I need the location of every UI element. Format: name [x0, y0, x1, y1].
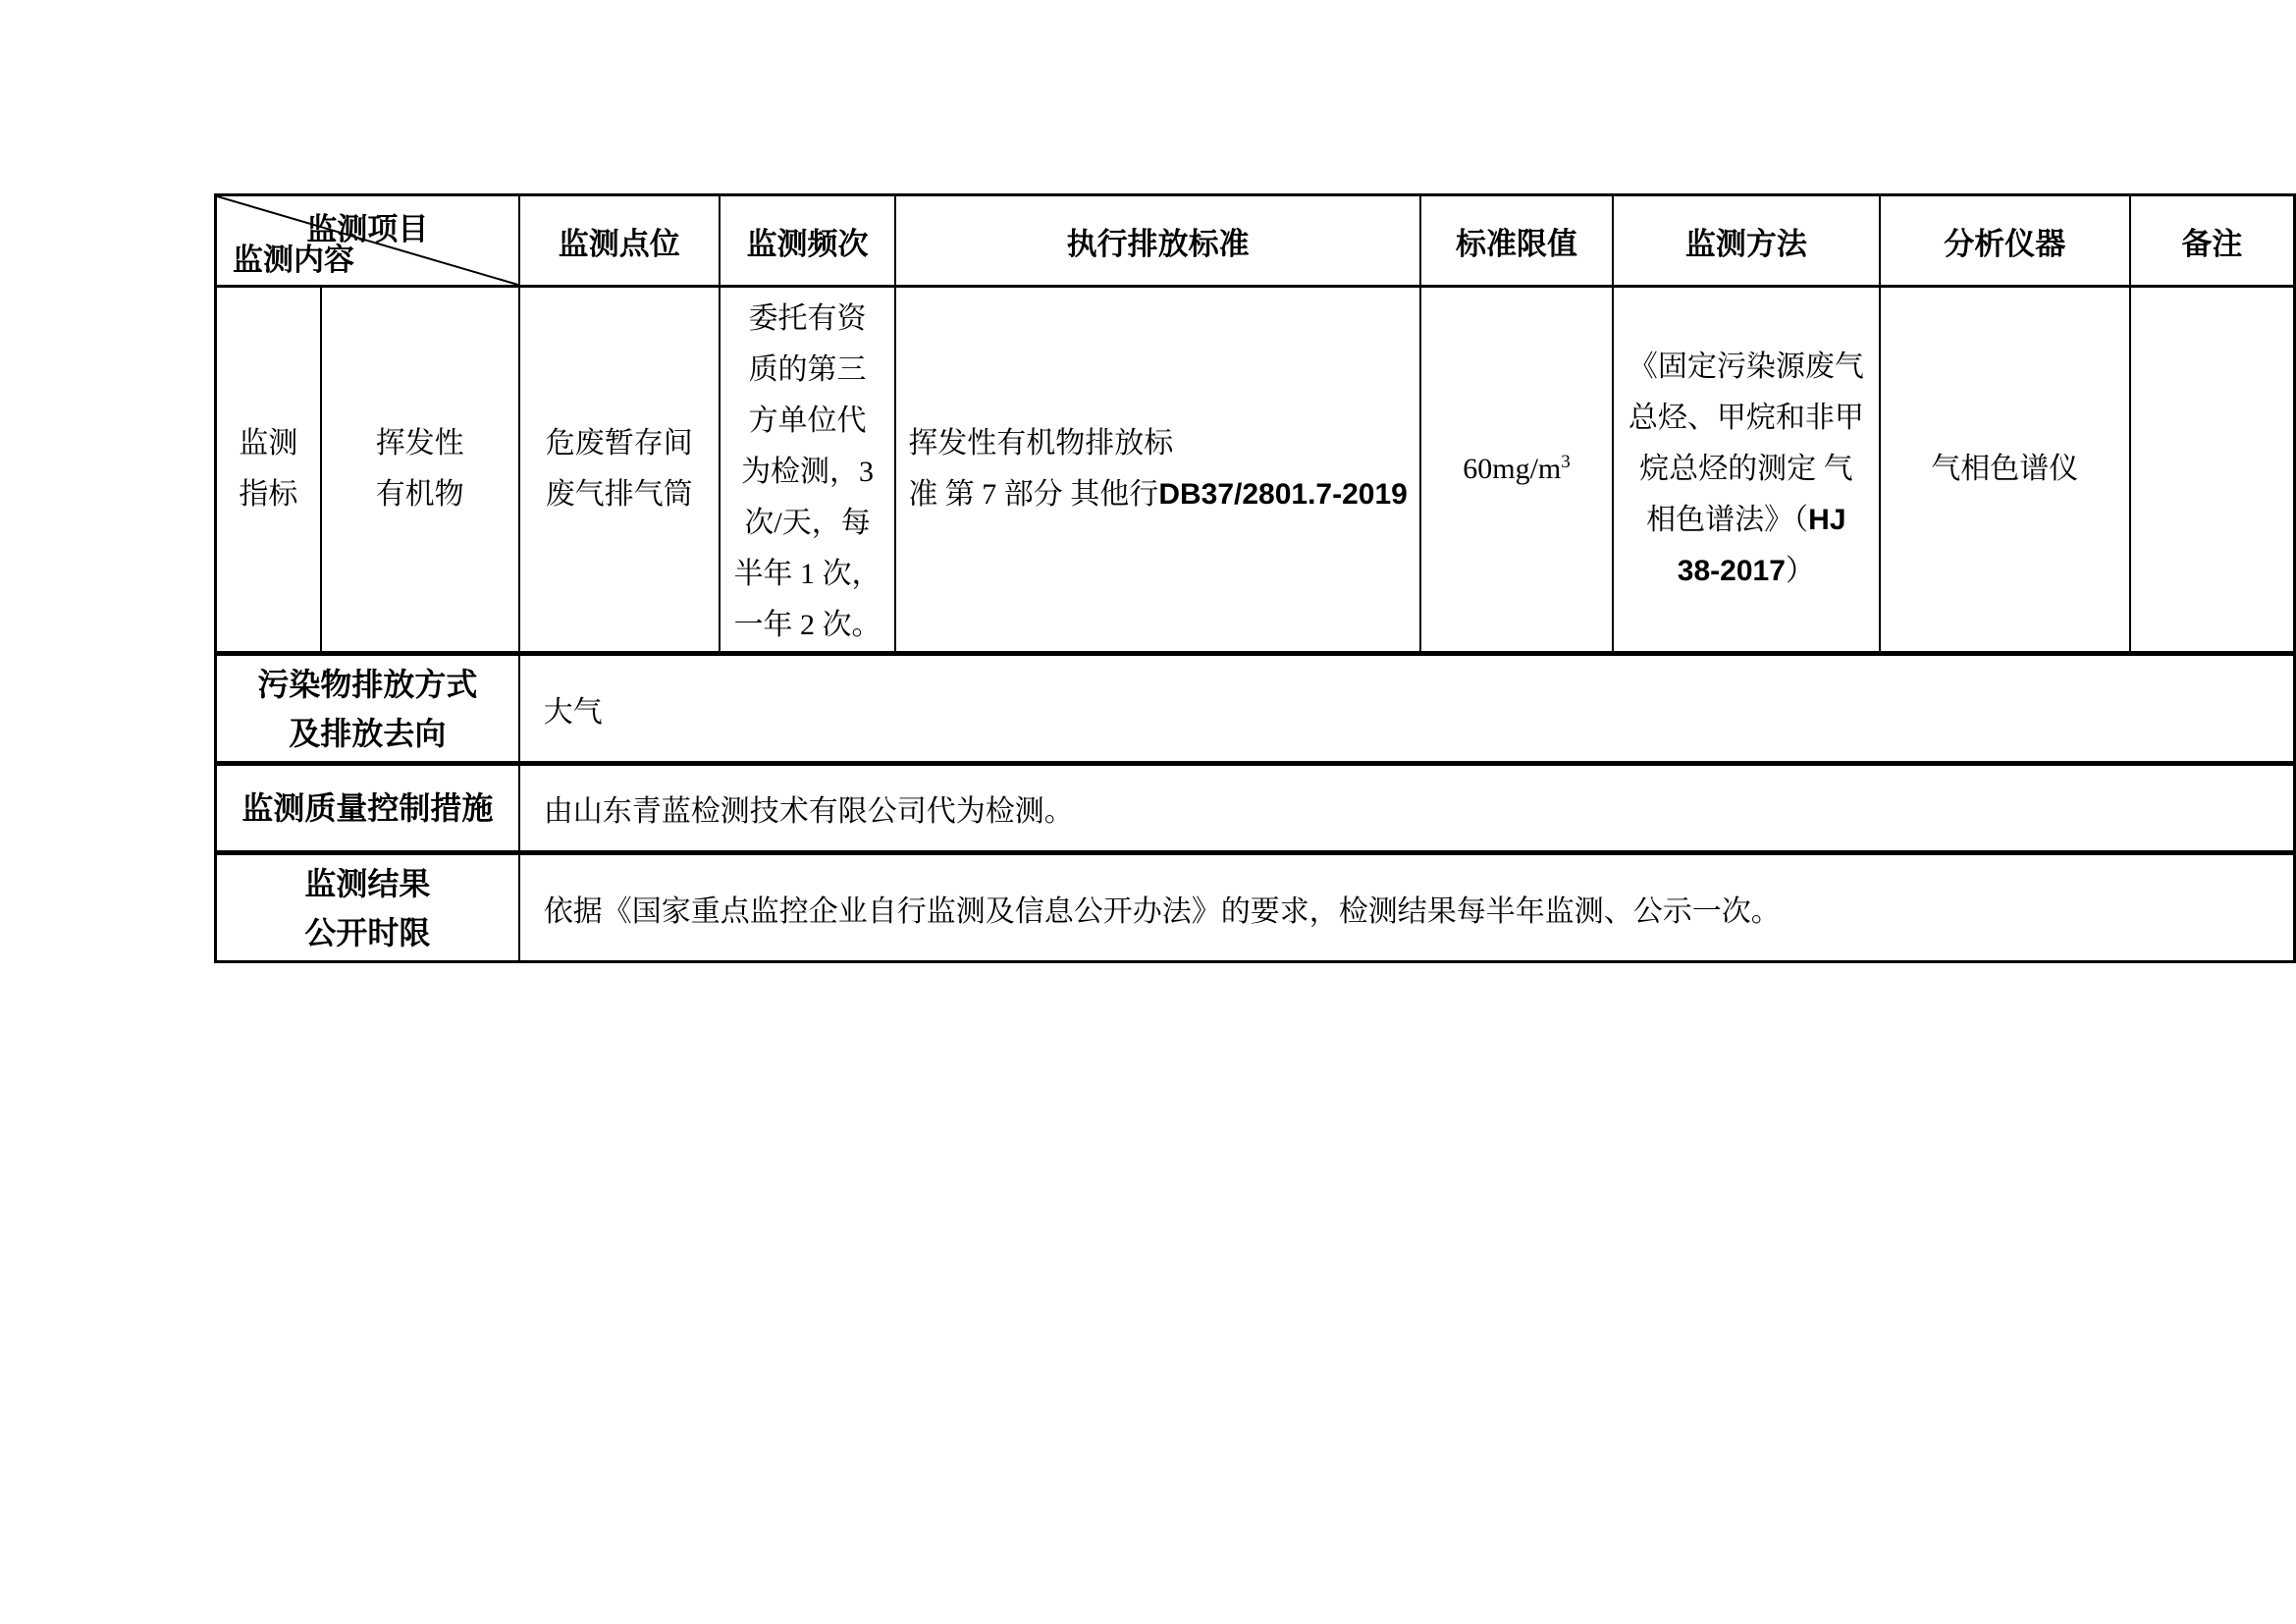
document-page: 监测项目 监测内容 监测点位 监测频次 执行排放标准 标准限值 监测方法 分析仪…: [0, 0, 2296, 1624]
row-emission-mode: 污染物排放方式 及排放去向 大气: [216, 654, 2295, 764]
header-row: 监测项目 监测内容 监测点位 监测频次 执行排放标准 标准限值 监测方法 分析仪…: [216, 195, 2295, 287]
standard-text: 挥发性有机物排放标 准 第 7 部分 其他行: [908, 427, 1173, 511]
value-publication-period: 依据《国家重点监控企业自行监测及信息公开办法》的要求，检测结果每半年监测、公示一…: [519, 853, 2295, 962]
value-quality-control: 由山东青蓝检测技术有限公司代为检测。: [519, 764, 2295, 853]
row-publication-period: 监测结果 公开时限 依据《国家重点监控企业自行监测及信息公开办法》的要求，检测结…: [216, 853, 2295, 962]
label-publication-period: 监测结果 公开时限: [216, 853, 519, 962]
data-row-voc: 监测 指标 挥发性 有机物 危废暂存间 废气排气筒 委托有资 质的第三 方单位代…: [216, 287, 2295, 654]
cell-method: 《固定污染源废气 总烃、甲烷和非甲 烷总烃的测定 气 相色谱法》（HJ 38-2…: [1613, 287, 1879, 654]
header-frequency: 监测频次: [720, 195, 895, 287]
standard-code: DB37/2801.7-2019: [1158, 478, 1408, 511]
cell-instrument: 气相色谱仪: [1880, 287, 2130, 654]
row-quality-control: 监测质量控制措施 由山东青蓝检测技术有限公司代为检测。: [216, 764, 2295, 853]
header-point: 监测点位: [519, 195, 720, 287]
diagonal-header-cell: 监测项目 监测内容: [216, 195, 519, 287]
header-instrument: 分析仪器: [1880, 195, 2130, 287]
cell-remark: [2130, 287, 2295, 654]
cell-indicator-label: 监测 指标: [216, 287, 321, 654]
value-emission-mode: 大气: [519, 654, 2295, 764]
monitoring-plan-table: 监测项目 监测内容 监测点位 监测频次 执行排放标准 标准限值 监测方法 分析仪…: [214, 193, 2296, 963]
cell-standard: 挥发性有机物排放标 准 第 7 部分 其他行DB37/2801.7-2019: [895, 287, 1420, 654]
header-method: 监测方法: [1613, 195, 1879, 287]
header-standard: 执行排放标准: [895, 195, 1420, 287]
header-remark: 备注: [2130, 195, 2295, 287]
limit-superscript: 3: [1561, 452, 1571, 472]
limit-value: 60mg/m: [1463, 453, 1561, 485]
header-monitoring-content: 监测内容: [233, 235, 354, 279]
method-suffix: ）: [1786, 555, 1815, 587]
cell-monitoring-point: 危废暂存间 废气排气筒: [519, 287, 720, 654]
cell-limit: 60mg/m3: [1420, 287, 1613, 654]
label-emission-mode: 污染物排放方式 及排放去向: [216, 654, 519, 764]
label-quality-control: 监测质量控制措施: [216, 764, 519, 853]
header-limit: 标准限值: [1420, 195, 1613, 287]
cell-monitoring-item: 挥发性 有机物: [321, 287, 519, 654]
cell-frequency: 委托有资 质的第三 方单位代 为检测，3 次/天，每 半年 1 次， 一年 2 …: [720, 287, 895, 654]
